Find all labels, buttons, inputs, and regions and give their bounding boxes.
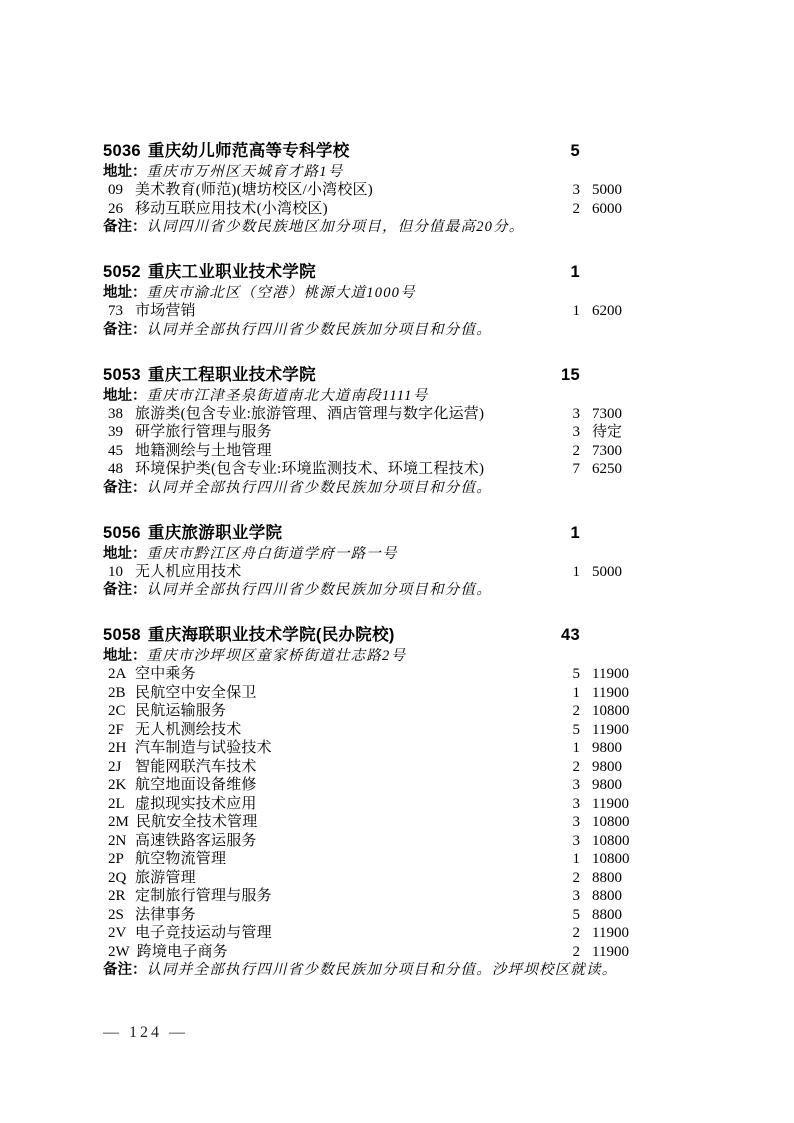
major-plan-count: 5 — [550, 906, 580, 925]
major-fee: 10800 — [580, 702, 648, 721]
major-code: 2Q — [108, 869, 128, 888]
major-name: 空中乘务 — [135, 665, 550, 684]
school-section: 5056重庆旅游职业学院 1 地址：重庆市黔江区舟白街道学府一路一号 10 无人… — [103, 523, 648, 600]
major-fee: 5000 — [580, 181, 648, 200]
major-name: 地籍测绘与土地管理 — [135, 442, 550, 461]
major-plan-count: 3 — [550, 795, 580, 814]
major-name: 虚拟现实技术应用 — [135, 795, 550, 814]
major-list: 73 市场营销 1 6200 — [103, 302, 648, 321]
major-plan-count: 2 — [550, 758, 580, 777]
major-fee: 11900 — [580, 795, 648, 814]
school-section: 5053重庆工程职业技术学院 15 地址：重庆市江津圣泉街道南北大道南段1111… — [103, 365, 648, 497]
major-plan-count: 1 — [550, 302, 580, 321]
major-name: 无人机测绘技术 — [135, 721, 550, 740]
major-fee: 5000 — [580, 563, 648, 582]
address-label: 地址： — [103, 388, 147, 404]
major-plan-count: 3 — [550, 405, 580, 424]
major-plan-count: 3 — [550, 423, 580, 442]
address-label: 地址： — [103, 164, 147, 180]
major-fee: 9800 — [580, 739, 648, 758]
major-name: 航空物流管理 — [135, 850, 550, 869]
major-fee: 8800 — [580, 869, 648, 888]
major-name: 旅游类(包含专业:旅游管理、酒店管理与数字化运营) — [135, 405, 550, 424]
major-code: 2P — [108, 850, 128, 869]
major-code: 09 — [108, 181, 128, 200]
school-name: 重庆工业职业技术学院 — [148, 263, 316, 281]
major-list: 38 旅游类(包含专业:旅游管理、酒店管理与数字化运营) 3 7300 39 研… — [103, 405, 648, 479]
major-code: 10 — [108, 563, 128, 582]
major-row: 48 环境保护类(包含专业:环境监测技术、环境工程技术) 7 6250 — [103, 460, 648, 479]
major-code: 2A — [108, 665, 128, 684]
major-fee: 10800 — [580, 832, 648, 851]
major-plan-count: 2 — [550, 442, 580, 461]
major-fee: 11900 — [580, 924, 648, 943]
major-row: 2L 虚拟现实技术应用 3 11900 — [103, 795, 648, 814]
remark-label: 备注： — [103, 322, 147, 338]
major-row: 39 研学旅行管理与服务 3 待定 — [103, 423, 648, 442]
major-fee: 11900 — [580, 943, 648, 962]
major-list: 09 美术教育(师范)(塘坊校区/小湾校区) 3 5000 26 移动互联应用技… — [103, 181, 648, 218]
school-title: 5036重庆幼儿师范高等专科学校 — [103, 141, 550, 161]
major-fee: 6200 — [580, 302, 648, 321]
major-code: 2S — [108, 906, 128, 925]
major-name: 民航运输服务 — [135, 702, 550, 721]
major-name: 智能网联汽车技术 — [135, 758, 550, 777]
address-text: 重庆市沙坪坝区童家桥街道壮志路2号 — [147, 648, 407, 664]
major-plan-count: 2 — [550, 943, 580, 962]
remark-text: 认同并全部执行四川省少数民族加分项目和分值。 — [147, 582, 492, 598]
school-plan-total: 1 — [550, 523, 580, 543]
address-text: 重庆市江津圣泉街道南北大道南段1111号 — [147, 388, 429, 404]
major-fee: 7300 — [580, 405, 648, 424]
major-list: 10 无人机应用技术 1 5000 — [103, 563, 648, 582]
school-header-row: 5053重庆工程职业技术学院 15 — [103, 365, 648, 385]
major-code: 2R — [108, 887, 128, 906]
major-fee: 10800 — [580, 850, 648, 869]
major-row: 2W 跨境电子商务 2 11900 — [103, 943, 648, 962]
major-fee: 11900 — [580, 721, 648, 740]
school-code: 5052 — [103, 263, 141, 281]
major-plan-count: 3 — [550, 776, 580, 795]
address-line: 地址：重庆市渝北区（空港）桃源大道1000号 — [103, 284, 648, 302]
admissions-list: 5036重庆幼儿师范高等专科学校 5 地址：重庆市万州区天城育才路1号 09 美… — [103, 141, 648, 1005]
document-page: 5036重庆幼儿师范高等专科学校 5 地址：重庆市万州区天城育才路1号 09 美… — [0, 0, 794, 1123]
school-header-row: 5036重庆幼儿师范高等专科学校 5 — [103, 141, 648, 161]
major-name: 市场营销 — [135, 302, 550, 321]
remark-label: 备注： — [103, 962, 147, 978]
address-label: 地址： — [103, 546, 147, 562]
major-row: 2R 定制旅行管理与服务 3 8800 — [103, 887, 648, 906]
major-name: 旅游管理 — [135, 869, 550, 888]
major-code: 38 — [108, 405, 128, 424]
school-code: 5058 — [103, 626, 141, 644]
address-line: 地址：重庆市黔江区舟白街道学府一路一号 — [103, 545, 648, 563]
major-code: 2F — [108, 721, 128, 740]
major-row: 26 移动互联应用技术(小湾校区) 2 6000 — [103, 200, 648, 219]
major-name: 移动互联应用技术(小湾校区) — [135, 200, 550, 219]
remark-text: 认同四川省少数民族地区加分项目，但分值最高20分。 — [147, 219, 525, 235]
major-plan-count: 1 — [550, 850, 580, 869]
address-label: 地址： — [103, 648, 147, 664]
major-code: 39 — [108, 423, 128, 442]
major-plan-count: 1 — [550, 739, 580, 758]
major-fee: 9800 — [580, 758, 648, 777]
school-name: 重庆幼儿师范高等专科学校 — [148, 142, 350, 160]
major-fee: 9800 — [580, 776, 648, 795]
school-code: 5053 — [103, 366, 141, 384]
major-row: 38 旅游类(包含专业:旅游管理、酒店管理与数字化运营) 3 7300 — [103, 405, 648, 424]
school-plan-total: 1 — [550, 262, 580, 282]
major-list: 2A 空中乘务 5 11900 2B 民航空中安全保卫 1 11900 2C 民… — [103, 665, 648, 961]
address-line: 地址：重庆市万州区天城育才路1号 — [103, 163, 648, 181]
major-row: 2S 法律事务 5 8800 — [103, 906, 648, 925]
major-name: 美术教育(师范)(塘坊校区/小湾校区) — [135, 181, 550, 200]
major-fee: 7300 — [580, 442, 648, 461]
major-code: 73 — [108, 302, 128, 321]
school-plan-total: 15 — [550, 365, 580, 385]
major-row: 2C 民航运输服务 2 10800 — [103, 702, 648, 721]
remark-text: 认同并全部执行四川省少数民族加分项目和分值。 — [147, 322, 492, 338]
school-plan-total: 5 — [550, 141, 580, 161]
major-row: 2N 高速铁路客运服务 3 10800 — [103, 832, 648, 851]
school-name: 重庆工程职业技术学院 — [148, 366, 316, 384]
major-name: 法律事务 — [135, 906, 550, 925]
remark-line: 备注：认同并全部执行四川省少数民族加分项目和分值。 — [103, 321, 648, 339]
major-row: 2M 民航安全技术管理 3 10800 — [103, 813, 648, 832]
major-plan-count: 3 — [550, 832, 580, 851]
major-plan-count: 2 — [550, 924, 580, 943]
major-code: 2K — [108, 776, 128, 795]
major-plan-count: 3 — [550, 181, 580, 200]
major-code: 2M — [108, 813, 129, 832]
major-plan-count: 3 — [550, 887, 580, 906]
major-fee: 11900 — [580, 684, 648, 703]
major-code: 45 — [108, 442, 128, 461]
remark-label: 备注： — [103, 480, 147, 496]
school-name: 重庆海联职业技术学院(民办院校) — [148, 626, 395, 644]
major-plan-count: 3 — [550, 813, 580, 832]
major-plan-count: 5 — [550, 665, 580, 684]
school-title: 5052重庆工业职业技术学院 — [103, 262, 550, 282]
major-fee: 8800 — [580, 887, 648, 906]
major-row: 2K 航空地面设备维修 3 9800 — [103, 776, 648, 795]
major-fee: 10800 — [580, 813, 648, 832]
major-name: 汽车制造与试验技术 — [135, 739, 550, 758]
address-label: 地址： — [103, 285, 147, 301]
major-code: 2V — [108, 924, 128, 943]
major-plan-count: 2 — [550, 869, 580, 888]
school-name: 重庆旅游职业学院 — [148, 524, 282, 542]
major-name: 航空地面设备维修 — [135, 776, 550, 795]
major-name: 无人机应用技术 — [135, 563, 550, 582]
major-code: 2L — [108, 795, 128, 814]
school-title: 5058重庆海联职业技术学院(民办院校) — [103, 625, 550, 645]
major-plan-count: 5 — [550, 721, 580, 740]
major-row: 2V 电子竞技运动与管理 2 11900 — [103, 924, 648, 943]
major-code: 2H — [108, 739, 128, 758]
major-name: 定制旅行管理与服务 — [135, 887, 550, 906]
remark-line: 备注：认同并全部执行四川省少数民族加分项目和分值。 — [103, 581, 648, 599]
school-section: 5058重庆海联职业技术学院(民办院校) 43 地址：重庆市沙坪坝区童家桥街道壮… — [103, 625, 648, 979]
page-number: — 124 — — [103, 1024, 188, 1042]
major-row: 2H 汽车制造与试验技术 1 9800 — [103, 739, 648, 758]
school-code: 5056 — [103, 524, 141, 542]
remark-text: 认同并全部执行四川省少数民族加分项目和分值。 — [147, 480, 492, 496]
major-name: 高速铁路客运服务 — [135, 832, 550, 851]
school-code: 5036 — [103, 142, 141, 160]
remark-line: 备注：认同并全部执行四川省少数民族加分项目和分值。沙坪坝校区就读。 — [103, 961, 648, 979]
major-plan-count: 2 — [550, 702, 580, 721]
remark-text: 认同并全部执行四川省少数民族加分项目和分值。沙坪坝校区就读。 — [147, 962, 618, 978]
major-code: 48 — [108, 460, 128, 479]
remark-label: 备注： — [103, 219, 147, 235]
major-name: 研学旅行管理与服务 — [135, 423, 550, 442]
major-code: 2B — [108, 684, 128, 703]
remark-label: 备注： — [103, 582, 147, 598]
major-plan-count: 2 — [550, 200, 580, 219]
major-row: 73 市场营销 1 6200 — [103, 302, 648, 321]
major-row: 10 无人机应用技术 1 5000 — [103, 563, 648, 582]
major-fee: 8800 — [580, 906, 648, 925]
major-fee: 6000 — [580, 200, 648, 219]
major-row: 2P 航空物流管理 1 10800 — [103, 850, 648, 869]
school-header-row: 5052重庆工业职业技术学院 1 — [103, 262, 648, 282]
address-line: 地址：重庆市沙坪坝区童家桥街道壮志路2号 — [103, 647, 648, 665]
major-name: 民航安全技术管理 — [136, 813, 550, 832]
major-name: 跨境电子商务 — [137, 943, 550, 962]
school-title: 5056重庆旅游职业学院 — [103, 523, 550, 543]
school-header-row: 5058重庆海联职业技术学院(民办院校) 43 — [103, 625, 648, 645]
address-text: 重庆市黔江区舟白街道学府一路一号 — [147, 546, 398, 562]
remark-line: 备注：认同四川省少数民族地区加分项目，但分值最高20分。 — [103, 218, 648, 236]
major-fee: 待定 — [580, 423, 648, 442]
address-text: 重庆市渝北区（空港）桃源大道1000号 — [147, 285, 416, 301]
major-row: 45 地籍测绘与土地管理 2 7300 — [103, 442, 648, 461]
major-plan-count: 7 — [550, 460, 580, 479]
major-plan-count: 1 — [550, 563, 580, 582]
remark-line: 备注：认同并全部执行四川省少数民族加分项目和分值。 — [103, 479, 648, 497]
major-code: 26 — [108, 200, 128, 219]
major-code: 2W — [108, 943, 130, 962]
major-plan-count: 1 — [550, 684, 580, 703]
major-fee: 11900 — [580, 665, 648, 684]
major-row: 2F 无人机测绘技术 5 11900 — [103, 721, 648, 740]
major-name: 环境保护类(包含专业:环境监测技术、环境工程技术) — [135, 460, 550, 479]
major-row: 2A 空中乘务 5 11900 — [103, 665, 648, 684]
major-code: 2J — [108, 758, 128, 777]
address-line: 地址：重庆市江津圣泉街道南北大道南段1111号 — [103, 387, 648, 405]
major-name: 电子竞技运动与管理 — [135, 924, 550, 943]
major-row: 2B 民航空中安全保卫 1 11900 — [103, 684, 648, 703]
school-section: 5052重庆工业职业技术学院 1 地址：重庆市渝北区（空港）桃源大道1000号 … — [103, 262, 648, 339]
school-title: 5053重庆工程职业技术学院 — [103, 365, 550, 385]
school-plan-total: 43 — [550, 625, 580, 645]
major-row: 2Q 旅游管理 2 8800 — [103, 869, 648, 888]
major-code: 2C — [108, 702, 128, 721]
major-fee: 6250 — [580, 460, 648, 479]
major-row: 2J 智能网联汽车技术 2 9800 — [103, 758, 648, 777]
school-header-row: 5056重庆旅游职业学院 1 — [103, 523, 648, 543]
major-code: 2N — [108, 832, 128, 851]
address-text: 重庆市万州区天城育才路1号 — [147, 164, 344, 180]
major-row: 09 美术教育(师范)(塘坊校区/小湾校区) 3 5000 — [103, 181, 648, 200]
school-section: 5036重庆幼儿师范高等专科学校 5 地址：重庆市万州区天城育才路1号 09 美… — [103, 141, 648, 236]
major-name: 民航空中安全保卫 — [135, 684, 550, 703]
